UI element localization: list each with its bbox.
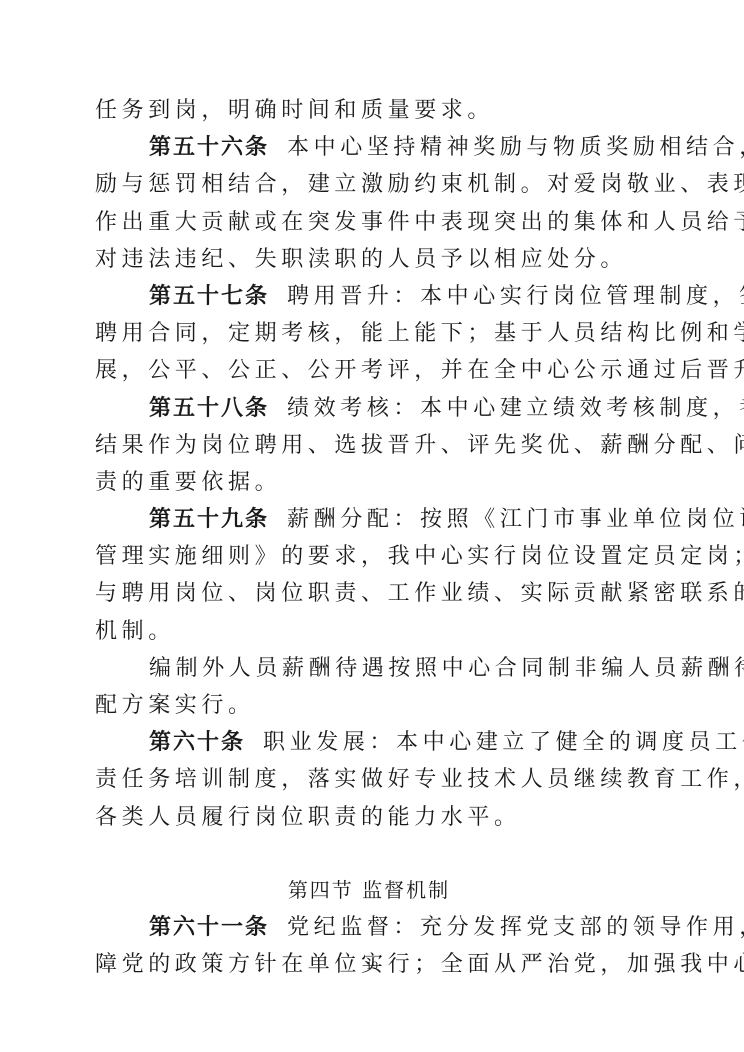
line-text: 与聘用岗位、岗位职责、工作业绩、实际贡献紧密联系的分配 (95, 581, 744, 606)
article-58: 第五十八条绩效考核：本中心建立绩效考核制度，考核 (95, 390, 643, 427)
article-number: 第六十一条 (149, 914, 269, 940)
article-number: 第五十九条 (149, 506, 269, 532)
paragraph-line: 对违法违纪、失职渎职的人员予以相应处分。 (95, 241, 643, 278)
article-57: 第五十七条聘用晋升：本中心实行岗位管理制度，签订 (95, 278, 643, 315)
line-text: 管理实施细则》的要求，我中心实行岗位设置定员定岗；建立 (95, 544, 744, 569)
article-60: 第六十条职业发展：本中心建立了健全的调度员工作职 (95, 724, 643, 761)
paragraph-line: 作出重大贡献或在突发事件中表现突出的集体和人员给予奖励； (95, 204, 643, 241)
paragraph-line: 责任务培训制度，落实做好专业技术人员继续教育工作，提高 (95, 761, 643, 798)
line-text: 薪酬分配：按照《江门市事业单位岗位设置 (287, 507, 744, 532)
line-text: 机制。 (95, 619, 175, 644)
line-text: 职业发展：本中心建立了健全的调度员工作职 (263, 730, 744, 755)
line-text: 对违法违纪、失职渎职的人员予以相应处分。 (95, 247, 627, 272)
line-text: 作出重大贡献或在突发事件中表现突出的集体和人员给予奖励； (95, 210, 744, 235)
line-text: 责任务培训制度，落实做好专业技术人员继续教育工作，提高 (95, 767, 744, 792)
line-text: 党纪监督：充分发挥党支部的领导作用，保 (287, 915, 744, 940)
paragraph-line: 各类人员履行岗位职责的能力水平。 (95, 799, 643, 836)
line-text: 责的重要依据。 (95, 470, 281, 495)
article-61: 第六十一条党纪监督：充分发挥党支部的领导作用，保 (95, 909, 643, 946)
line-text: 结果作为岗位聘用、选拔晋升、评先奖优、薪酬分配、问责追 (95, 433, 744, 458)
paragraph-line: 配方案实行。 (95, 687, 643, 724)
paragraph-line: 聘用合同，定期考核，能上能下；基于人员结构比例和学科发 (95, 315, 643, 352)
line-text: 任务到岗，明确时间和质量要求。 (95, 98, 494, 123)
paragraph-line: 励与惩罚相结合，建立激励约束机制。对爱岗敬业、表现突出、 (95, 166, 643, 203)
page-number: 19 (0, 958, 744, 973)
article-number: 第五十六条 (149, 134, 269, 160)
line-text: 聘用合同，定期考核，能上能下；基于人员结构比例和学科发 (95, 321, 744, 346)
document-page: 任务到岗，明确时间和质量要求。 第五十六条本中心坚持精神奖励与物质奖励相结合，奖… (95, 92, 643, 983)
paragraph-line: 展，公平、公正、公开考评，并在全中心公示通过后晋升。 (95, 352, 643, 389)
line-text: 绩效考核：本中心建立绩效考核制度，考核 (287, 396, 744, 421)
paragraph-line: 任务到岗，明确时间和质量要求。 (95, 92, 643, 129)
spacer (95, 836, 643, 872)
line-text: 聘用晋升：本中心实行岗位管理制度，签订 (287, 284, 744, 309)
paragraph-line: 结果作为岗位聘用、选拔晋升、评先奖优、薪酬分配、问责追 (95, 427, 643, 464)
line-text: 配方案实行。 (95, 693, 255, 718)
section-heading: 第四节 监督机制 (95, 872, 643, 909)
line-text: 本中心坚持精神奖励与物质奖励相结合，奖 (287, 135, 744, 160)
paragraph-line: 机制。 (95, 613, 643, 650)
line-text: 编制外人员薪酬待遇按照中心合同制非编人员薪酬待遇分 (149, 656, 744, 681)
article-number: 第五十七条 (149, 283, 269, 309)
article-56: 第五十六条本中心坚持精神奖励与物质奖励相结合，奖 (95, 129, 643, 166)
article-59: 第五十九条薪酬分配：按照《江门市事业单位岗位设置 (95, 501, 643, 538)
paragraph-line: 管理实施细则》的要求，我中心实行岗位设置定员定岗；建立 (95, 538, 643, 575)
article-number: 第五十八条 (149, 395, 269, 421)
line-text: 励与惩罚相结合，建立激励约束机制。对爱岗敬业、表现突出、 (95, 172, 744, 197)
line-text: 展，公平、公正、公开考评，并在全中心公示通过后晋升。 (95, 358, 744, 383)
paragraph-line: 编制外人员薪酬待遇按照中心合同制非编人员薪酬待遇分 (95, 650, 643, 687)
paragraph-line: 与聘用岗位、岗位职责、工作业绩、实际贡献紧密联系的分配 (95, 575, 643, 612)
paragraph-line: 责的重要依据。 (95, 464, 643, 501)
article-number: 第六十条 (149, 729, 245, 755)
line-text: 各类人员履行岗位职责的能力水平。 (95, 805, 521, 830)
